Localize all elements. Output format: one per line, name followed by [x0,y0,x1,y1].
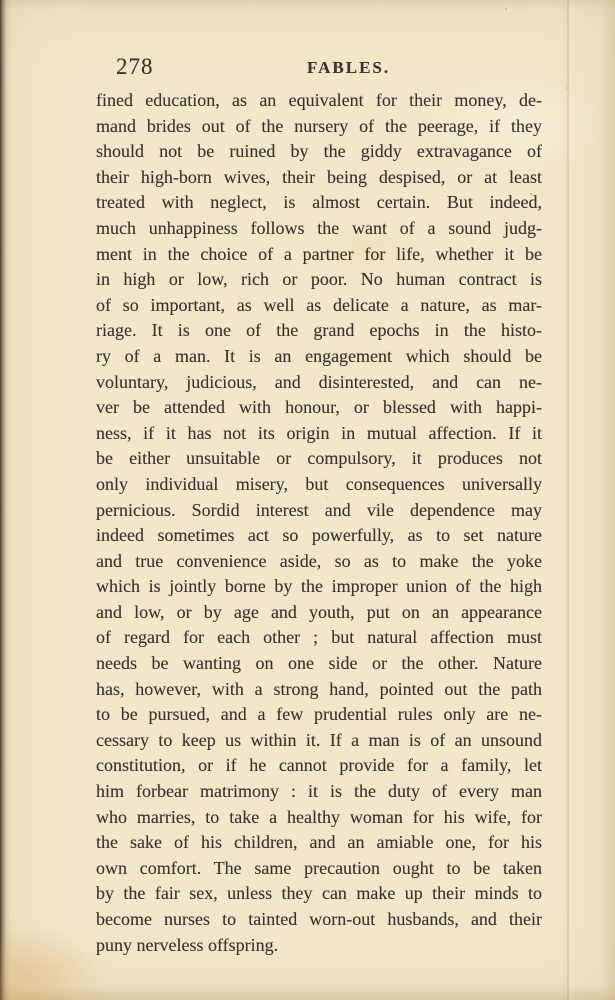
text-line: and true convenience aside, so as to mak… [96,549,542,575]
running-title: FABLES. [307,58,390,78]
text-line: cessary to keep us within it. If a man i… [96,728,542,754]
text-line: ver be attended with honour, or blessed … [96,395,542,421]
text-line: their high-born wives, their being despi… [96,165,542,191]
text-line: voluntary, judicious, and disinterested,… [96,370,542,396]
text-line: by the fair sex, unless they can make up… [96,881,542,907]
text-line: treated with neglect, is almost certain.… [96,190,542,216]
text-line: of so important, as well as delicate a n… [96,293,542,319]
text-line: mand brides out of the nursery of the pe… [96,114,542,140]
text-line: fined education, as an equivalent for th… [96,88,542,114]
page-crease [567,0,569,1000]
text-line: in high or low, rich or poor. No human c… [96,267,542,293]
text-line: should not be ruined by the giddy extrav… [96,139,542,165]
text-line: ry of a man. It is an engagement which s… [96,344,542,370]
text-line: become nurses to tainted worn-out husban… [96,907,542,933]
text-line: be either unsuitable or compulsory, it p… [96,446,542,472]
text-line: to be pursued, and a few prudential rule… [96,702,542,728]
text-line: him forbear matrimony : it is the duty o… [96,779,542,805]
text-line: only individual misery, but consequences… [96,472,542,498]
text-line: ness, if it has not its origin in mutual… [96,421,542,447]
text-line: of regard for each other ; but natural a… [96,625,542,651]
text-line: constitution, or if he cannot provide fo… [96,753,542,779]
text-line: pernicious. Sordid interest and vile dep… [96,498,542,524]
book-page-scan: 278 FABLES. fined education, as an equiv… [0,0,615,1000]
text-line: indeed sometimes act so powerfully, as t… [96,523,542,549]
text-line: puny nerveless offspring. [96,933,542,959]
text-line: much unhappiness follows the want of a s… [96,216,542,242]
text-line: ment in the choice of a partner for life… [96,242,542,268]
text-line: riage. It is one of the grand epochs in … [96,318,542,344]
text-line: which is jointly borne by the improper u… [96,574,542,600]
page-number: 278 [116,54,154,80]
text-line: who marries, to take a healthy woman for… [96,805,542,831]
text-line: own comfort. The same precaution ought t… [96,856,542,882]
text-line: and low, or by age and youth, put on an … [96,600,542,626]
text-line: needs be wanting on one side or the othe… [96,651,542,677]
text-line: the sake of his children, and an amiable… [96,830,542,856]
body-text: fined education, as an equivalent for th… [96,88,542,958]
text-line: has, however, with a strong hand, pointe… [96,677,542,703]
